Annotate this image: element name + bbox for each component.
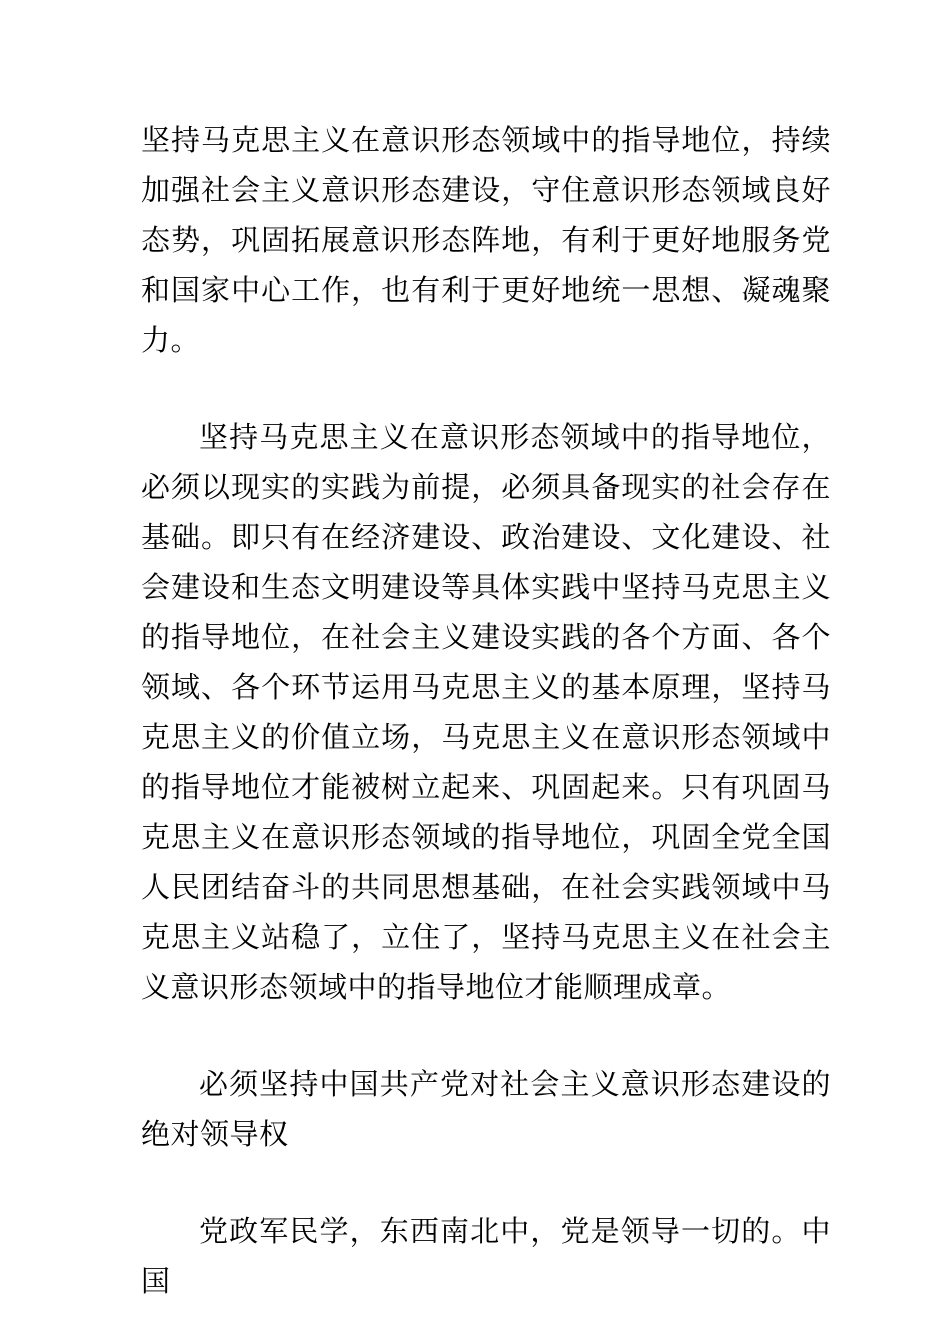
document-page: 坚持马克思主义在意识形态领域中的指导地位，持续加强社会主义意识形态建设，守住意识… [0,0,950,1344]
paragraph-3-section-heading: 必须坚持中国共产党对社会主义意识形态建设的绝对领导权 [141,1060,831,1160]
paragraph-1: 坚持马克思主义在意识形态领域中的指导地位，持续加强社会主义意识形态建设，守住意识… [141,116,831,366]
paragraph-4: 党政军民学，东西南北中，党是领导一切的。中国 [141,1207,831,1307]
paragraph-2: 坚持马克思主义在意识形态领域中的指导地位，必须以现实的实践为前提，必须具备现实的… [141,413,831,1013]
